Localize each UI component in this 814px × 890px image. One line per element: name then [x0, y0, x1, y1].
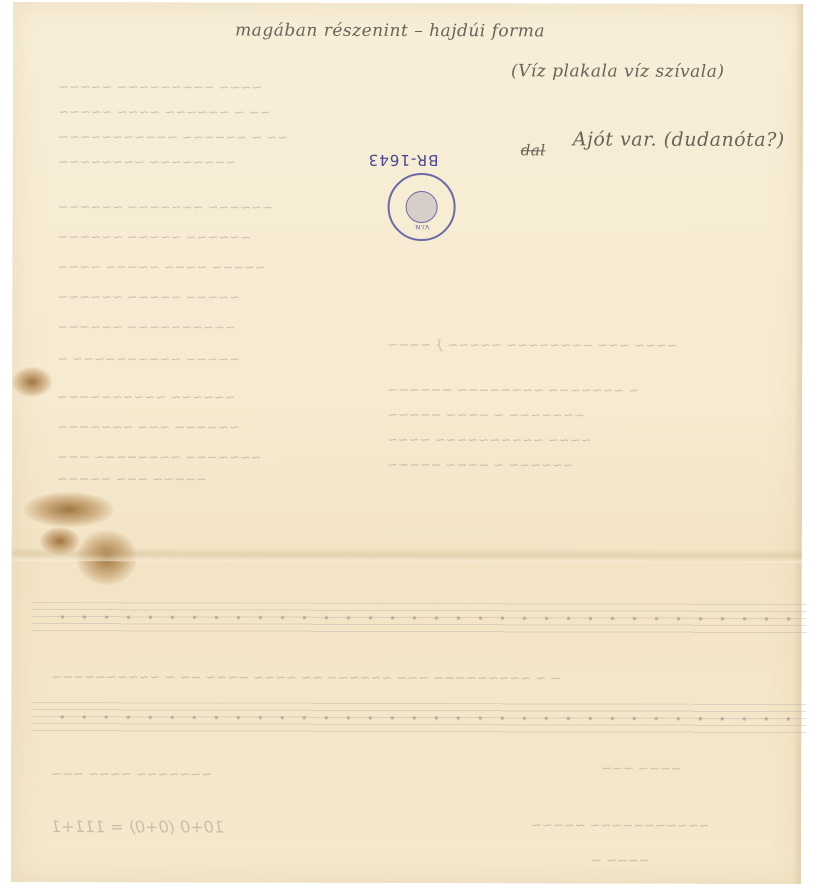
institution-stamp: V.I.N. — [388, 173, 456, 241]
bleed-through-numbers: 10+0 (0+0) = 111+1 — [51, 817, 224, 836]
page-edge-shadow — [793, 4, 803, 884]
bleed-through-line: ~~~~~~ ~~~ ~~~~~~~ — [57, 420, 240, 435]
bleed-through-line: ~~~~~~~~ ~~~~~~~~ — [58, 155, 236, 170]
bleed-through-line: ~~~~~~ ~ ~~~~ ~~~~~ — [387, 458, 574, 473]
bleed-through-line: ~~~~~ ~~~~~ ~~~~~~ — [57, 290, 240, 305]
bleed-through-line: ~~~~ ~ — [591, 853, 650, 868]
bleed-through-line: ~~~~ ~~~~~~~~~~ ~~~~ — [387, 433, 591, 449]
bleed-through-line: ~~~~~ ~~~~~~~~~~ ~ — [57, 352, 240, 367]
bleed-through-line: ~ ~~~~~~~ ~~~~~~~~ ~~~~~~ — [387, 383, 639, 399]
struck-word: dal — [521, 141, 546, 159]
bleed-through-line: ~~ ~ ~~~~~~ ~~~~ ~~~~~ — [58, 105, 271, 121]
bleed-through-line: ~~~~~~~~~~ ~~~~~~ — [57, 320, 235, 335]
parenthetical-annotation: (Víz plakala víz szívala) — [511, 61, 725, 82]
bleed-through-line: ~~~~~~~ ~~~~~~~~ ~~~ — [57, 450, 261, 466]
bleed-through-line: ~~~~~~~ ~ ~~~~ ~~~~~ — [387, 408, 585, 424]
manuscript-page: magában részenint – hajdúi forma (Víz pl… — [11, 2, 803, 884]
bleed-through-line: ~~~~~~~~~~~ ~~~~~ — [531, 818, 709, 833]
bleed-through-line: ~~ ~ ~~~~~~ ~~~~~~~~~~~ — [58, 130, 288, 146]
stamp-label: V.I.N. — [390, 223, 454, 230]
water-stain — [24, 492, 114, 527]
bleed-through-line: ~~~~~~ ~~~~~ ~~~~~~ — [58, 230, 251, 246]
variant-annotation: Ajót var. (dudanóta?) — [573, 128, 785, 151]
music-notes — [51, 707, 791, 729]
bleed-through-lyrics: ~ ~ ~~~~~~~~~ ~~~ ~~~~~~ ~~ ~~~~ ~~~~ ~~… — [51, 670, 561, 686]
bleed-through-line: ~~~~~~ ~~~~~~~ ~~~~~~ — [58, 200, 273, 216]
top-annotation: magában részenint – hajdúi forma — [235, 21, 545, 42]
bleed-through-line: ~~~~ ~~~~~~~~~ ~~~~~ — [58, 80, 262, 96]
bleed-through-line: ~~~~~ ~~~~ ~~~~~ ~~~~ — [57, 260, 266, 276]
bleed-through-line: ~~~~~~~ ~~~~ ~~~ — [51, 767, 212, 782]
water-stain — [12, 367, 52, 397]
music-notes — [52, 607, 792, 629]
bleed-through-line: ~~~~ ~~~ ~~~~~~~~ ~~~~~ } ~~~~ — [387, 338, 677, 354]
stamp-emblem-icon — [406, 191, 438, 223]
page-fold — [12, 547, 802, 563]
archive-code: BR-1643 — [368, 151, 439, 169]
bleed-through-line: ~~~~~ ~~~ ~~~~~ — [57, 472, 207, 487]
bleed-through-line: ~~~~~~ ~~~~~~~~~~ — [57, 390, 235, 405]
bleed-through-line: ~~~~ ~~~ — [601, 762, 681, 777]
